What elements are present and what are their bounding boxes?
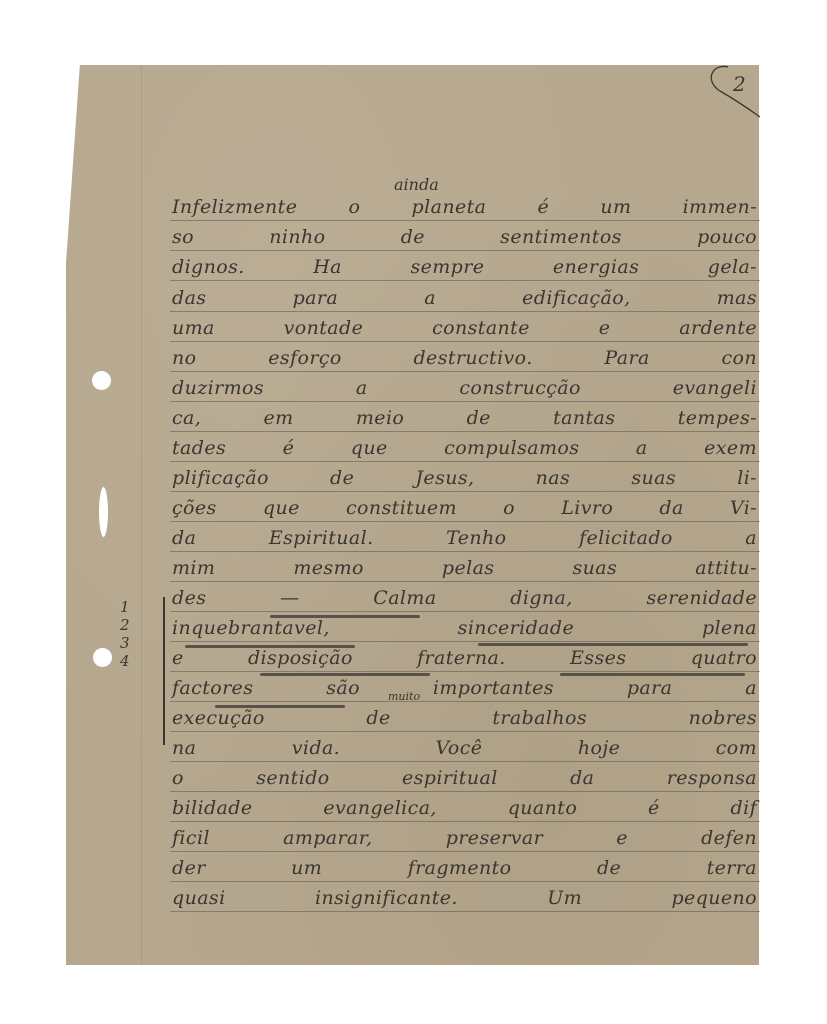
margin-number: 2 [120, 616, 130, 634]
ruled-line [170, 401, 760, 402]
ruled-line [170, 881, 760, 882]
text-line: bilidade evangelica, quanto é dif [172, 797, 757, 819]
ruled-line [170, 280, 760, 281]
text-line: inquebrantavel, sinceridade plena [172, 617, 757, 639]
punch-hole-bottom [93, 648, 112, 667]
page-corner-flourish [700, 65, 760, 120]
ruled-line [170, 761, 760, 762]
emphasis-underline [560, 673, 745, 676]
text-line: factores são importantes para a [172, 677, 757, 699]
margin-number: 1 [120, 598, 130, 616]
text-line: des — Calma digna, serenidade [172, 587, 757, 609]
ruled-line [170, 341, 760, 342]
emphasis-underline [270, 615, 420, 618]
ruled-line [170, 250, 760, 251]
margin-annotation-numbers: 1 2 3 4 [120, 598, 130, 670]
text-line: ca, em meio de tantas tempes- [172, 407, 757, 429]
ruled-line [170, 551, 760, 552]
paper-tear [99, 487, 108, 537]
ruled-line [170, 491, 760, 492]
margin-fold-line [141, 65, 142, 965]
text-line: da Espiritual. Tenho felicitado a [172, 527, 757, 549]
text-line: dignos. Ha sempre energias gela- [172, 256, 757, 278]
margin-number: 3 [120, 634, 130, 652]
margin-number: 4 [120, 652, 130, 670]
emphasis-underline [478, 643, 748, 646]
text-line: o sentido espiritual da responsa [172, 767, 757, 789]
ruled-line [170, 371, 760, 372]
text-line: mim mesmo pelas suas attitu- [172, 557, 757, 579]
text-line: quasi insignificante. Um pequeno [172, 887, 757, 909]
text-line: der um fragmento de terra [172, 857, 757, 879]
ruled-line [170, 431, 760, 432]
text-line: duzirmos a construcção evangeli [172, 377, 757, 399]
text-line: na vida. Você hoje com [172, 737, 757, 759]
ruled-line [170, 611, 760, 612]
punch-hole-top [92, 371, 111, 390]
ruled-line [170, 701, 760, 702]
text-line: tades é que compulsamos a exem [172, 437, 757, 459]
ruled-line [170, 641, 760, 642]
ruled-line [170, 851, 760, 852]
ruled-line [170, 821, 760, 822]
text-line: e disposição fraterna. Esses quatro [172, 647, 757, 669]
ruled-line [170, 220, 760, 221]
text-line: das para a edificação, mas [172, 287, 757, 309]
text-line: execução de trabalhos nobres [172, 707, 757, 729]
text-line: no esforço destructivo. Para con [172, 347, 757, 369]
ruled-line [170, 671, 760, 672]
inserted-word: ainda [394, 175, 439, 194]
ruled-line [170, 521, 760, 522]
text-line: plificação de Jesus, nas suas li- [172, 467, 757, 489]
ruled-line [170, 461, 760, 462]
ruled-line [170, 911, 760, 912]
text-line: uma vontade constante e ardente [172, 317, 757, 339]
text-line: ções que constituem o Livro da Vi- [172, 497, 757, 519]
emphasis-underline [215, 705, 345, 708]
emphasis-underline [260, 673, 430, 676]
page-number: 2 [733, 72, 746, 96]
emphasis-underline [185, 645, 355, 648]
text-line: Infelizmente o planeta é um immen- [172, 196, 757, 218]
ruled-line [170, 731, 760, 732]
ruled-line [170, 311, 760, 312]
text-line: ficil amparar, preservar e defen [172, 827, 757, 849]
margin-bracket [163, 597, 165, 745]
ruled-line [170, 791, 760, 792]
ruled-line [170, 581, 760, 582]
text-line: so ninho de sentimentos pouco [172, 226, 757, 248]
